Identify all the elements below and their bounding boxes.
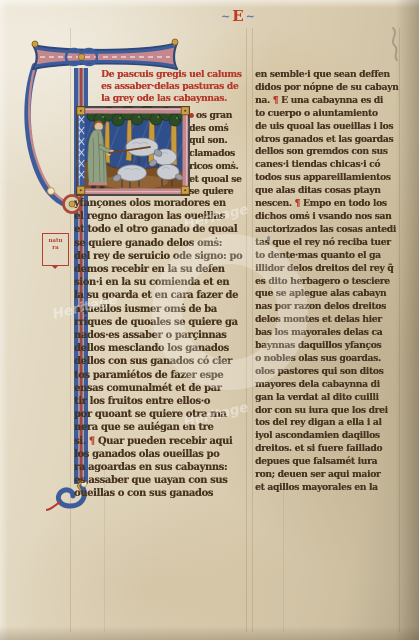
text-line: canes·i tiendas chicas·i có	[255, 159, 401, 172]
text-line: dor con su iura que los drei	[255, 405, 401, 418]
text-line: los ganados olas oueillas po	[74, 448, 246, 461]
text-line: en semble·i que sean deffen	[255, 69, 401, 82]
initial-top-bar	[33, 43, 177, 69]
text-line: depues que falsamét iura	[255, 456, 401, 469]
flourish-left: ~	[221, 10, 230, 23]
text-line: et aqillos mayorales en la	[255, 482, 401, 495]
text-line: dreitos. et si fuere faillado	[255, 443, 401, 456]
marginal-note-line: natu	[43, 238, 68, 245]
text-line: ron; deuen ser aqui maior	[255, 469, 401, 482]
text-line: otros ganados et las goardas	[255, 134, 401, 147]
text-line: es assaber·delas pasturas de	[101, 81, 247, 93]
marginal-note: natu ra	[42, 233, 69, 266]
text-line: auctorizados las cosas antedi	[255, 224, 401, 237]
text-line: dellos son gremdos con sus	[255, 146, 401, 159]
rubric-text: De pascuis gregis uel calumses assaber·d…	[101, 69, 247, 105]
text-line: qui son.	[189, 135, 248, 148]
text-line: todos sus appareillamientos	[255, 172, 401, 185]
ink-blot	[267, 236, 270, 241]
marginal-note-line: ra	[43, 245, 68, 252]
photo-edge-highlight	[0, 0, 419, 8]
text-line: nescen. ¶ Empo en todo los	[255, 198, 401, 211]
text-line: et quoal se	[189, 174, 248, 187]
photo-edge-shadow	[395, 0, 419, 640]
text-line: to cuerpo o aiuntamiento	[255, 108, 401, 121]
watermark-ring	[152, 234, 308, 390]
photo-edge-shadow	[0, 626, 419, 640]
text-line: os gran	[189, 110, 248, 123]
frame-top	[78, 108, 188, 114]
text-line: de uis quoal las oueillas i los	[255, 121, 401, 134]
miniature-shepherd-flock	[76, 106, 190, 196]
quire-letter: E	[232, 9, 243, 24]
text-line: la grey ode las cabaynnas.	[101, 93, 247, 105]
text-line: na. ¶ E una cabaynna es di	[255, 95, 401, 108]
frame-right	[183, 108, 189, 194]
flourish-right: ~	[246, 10, 255, 23]
text-line: tos del rey digan a ella i al	[255, 417, 401, 430]
text-line: gan la verdat al dito cuilli	[255, 392, 401, 405]
text-line: clamados	[189, 148, 248, 161]
text-beside-miniature: os grandes omṡqui son.clamadosricos omṡ.…	[189, 110, 248, 199]
text-line: dichos omṡ i vsando nos san	[255, 211, 401, 224]
text-line: iyol ascondamien daqillos	[255, 430, 401, 443]
frame-bottom	[78, 189, 188, 195]
text-line: ricos omṡ.	[189, 161, 248, 174]
photo-edge-highlight	[0, 0, 8, 640]
text-line: si. ¶ Quar pueden recebir aqui	[74, 435, 246, 448]
text-line: De pascuis gregis uel calums	[101, 69, 247, 81]
text-line: des omṡ	[189, 123, 248, 136]
text-line: ra agoardas en sus cabaynns:	[74, 461, 246, 474]
text-line: que alas ditas cosas ptayn	[255, 185, 401, 198]
text-line: mayores dela cabaynna di	[255, 379, 401, 392]
quire-mark: ~ E ~	[221, 9, 255, 24]
text-line: es assaber que uayan con sus	[74, 474, 246, 487]
manuscript-page-photo: ~ E ~ De pascuis g	[0, 0, 419, 640]
text-line: didos por nópne de su cabayn	[255, 82, 401, 95]
text-line: tas que el rey nó reciba tuer	[255, 237, 401, 250]
text-line: oueillas o con sus ganados	[74, 487, 246, 500]
text-line: nera que se auiégan en tre	[74, 421, 246, 434]
